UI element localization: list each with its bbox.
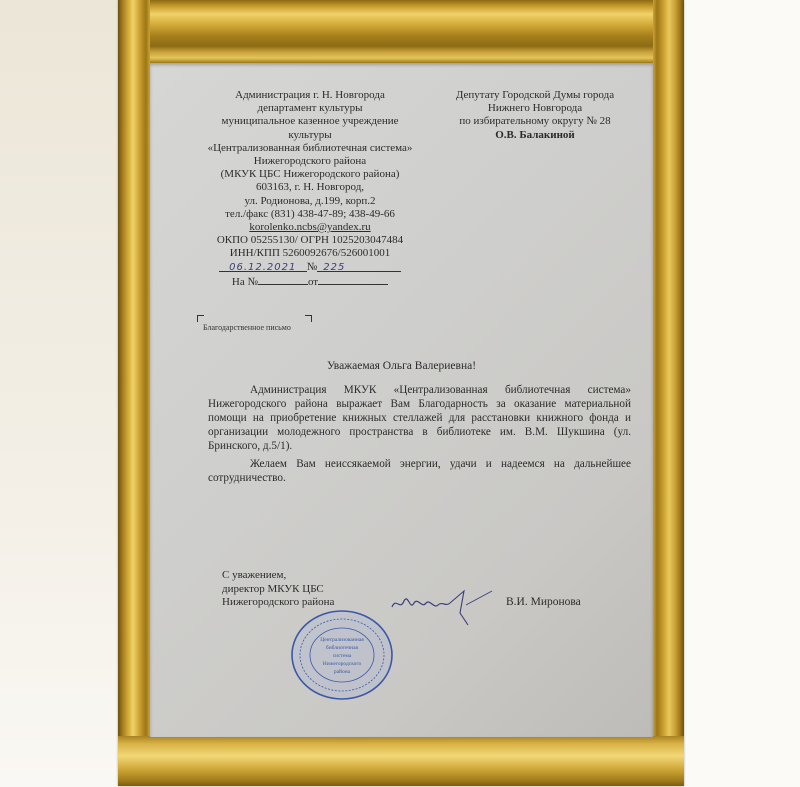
sender-line: (МКУК ЦБС Нижегородского района) bbox=[190, 168, 430, 181]
letter-paper: Администрация г. Н. Новгорода департамен… bbox=[150, 63, 653, 737]
reference-label: На № bbox=[232, 276, 258, 288]
sender-codes: ОКПО 05255130/ ОГРН 1025203047484 bbox=[190, 234, 430, 247]
signature-icon bbox=[388, 583, 498, 628]
sender-line: 603163, г. Н. Новгород, bbox=[190, 181, 430, 194]
svg-text:Централизованная: Централизованная bbox=[320, 637, 364, 643]
recipient-line: Нижнего Новгорода bbox=[440, 102, 630, 115]
number-label: № bbox=[307, 261, 318, 273]
outgoing-number-row: 06.12.2021№225 bbox=[190, 261, 430, 274]
signer-name: В.И. Миронова bbox=[506, 596, 581, 608]
sender-line: ул. Родионова, д.199, корп.2 bbox=[190, 195, 430, 208]
sender-line: Администрация г. Н. Новгорода bbox=[190, 89, 430, 102]
handwritten-date: 06.12.2021 bbox=[229, 262, 296, 273]
closing-line: С уважением, bbox=[222, 569, 334, 583]
svg-text:система: система bbox=[333, 653, 352, 659]
svg-text:Нижегородского: Нижегородского bbox=[323, 661, 362, 667]
reference-from-label: от bbox=[308, 276, 318, 288]
bracket-corner-icon bbox=[305, 315, 312, 322]
body-paragraph: Администрация МКУК «Централизованная биб… bbox=[208, 383, 631, 453]
reference-row: На №от bbox=[190, 274, 430, 289]
body-paragraph: Желаем Вам неиссякаемой энергии, удачи и… bbox=[208, 457, 631, 485]
sender-line: «Централизованная библиотечная система» bbox=[190, 142, 430, 155]
closing-line: Нижегородского района bbox=[222, 596, 334, 610]
sender-email[interactable]: korolenko.ncbs@yandex.ru bbox=[190, 221, 430, 234]
official-stamp-icon: Централизованная библиотечная система Ни… bbox=[290, 609, 394, 701]
sender-line: культуры bbox=[190, 129, 430, 142]
sender-block: Администрация г. Н. Новгорода департамен… bbox=[190, 89, 430, 289]
handwritten-number: 225 bbox=[323, 262, 345, 273]
background-right bbox=[684, 0, 800, 787]
frame-right bbox=[653, 0, 684, 786]
sender-line: департамент культуры bbox=[190, 102, 430, 115]
sender-line: Нижегородского района bbox=[190, 155, 430, 168]
letter-body: Администрация МКУК «Централизованная биб… bbox=[208, 383, 631, 485]
sender-line: тел./факс (831) 438-47-89; 438-49-66 bbox=[190, 208, 430, 221]
sender-codes: ИНН/КПП 5260092676/526001001 bbox=[190, 247, 430, 260]
salutation: Уважаемая Ольга Валериевна! bbox=[150, 360, 653, 372]
svg-text:библиотечная: библиотечная bbox=[326, 644, 359, 651]
frame-left bbox=[118, 0, 150, 786]
bracket-corner-icon bbox=[197, 315, 204, 322]
sender-line: муниципальное казенное учреждение bbox=[190, 115, 430, 128]
recipient-block: Депутату Городской Думы города Нижнего Н… bbox=[440, 89, 630, 142]
recipient-line: Депутату Городской Думы города bbox=[440, 89, 630, 102]
recipient-line: по избирательному округу № 28 bbox=[440, 115, 630, 128]
closing-block: С уважением, директор МКУК ЦБС Нижегород… bbox=[222, 569, 334, 610]
subject-line: Благодарственное письмо bbox=[203, 323, 291, 332]
recipient-name: О.В. Балакиной bbox=[440, 129, 630, 142]
frame-bottom bbox=[118, 736, 684, 786]
svg-text:района: района bbox=[334, 668, 351, 675]
closing-line: директор МКУК ЦБС bbox=[222, 583, 334, 597]
